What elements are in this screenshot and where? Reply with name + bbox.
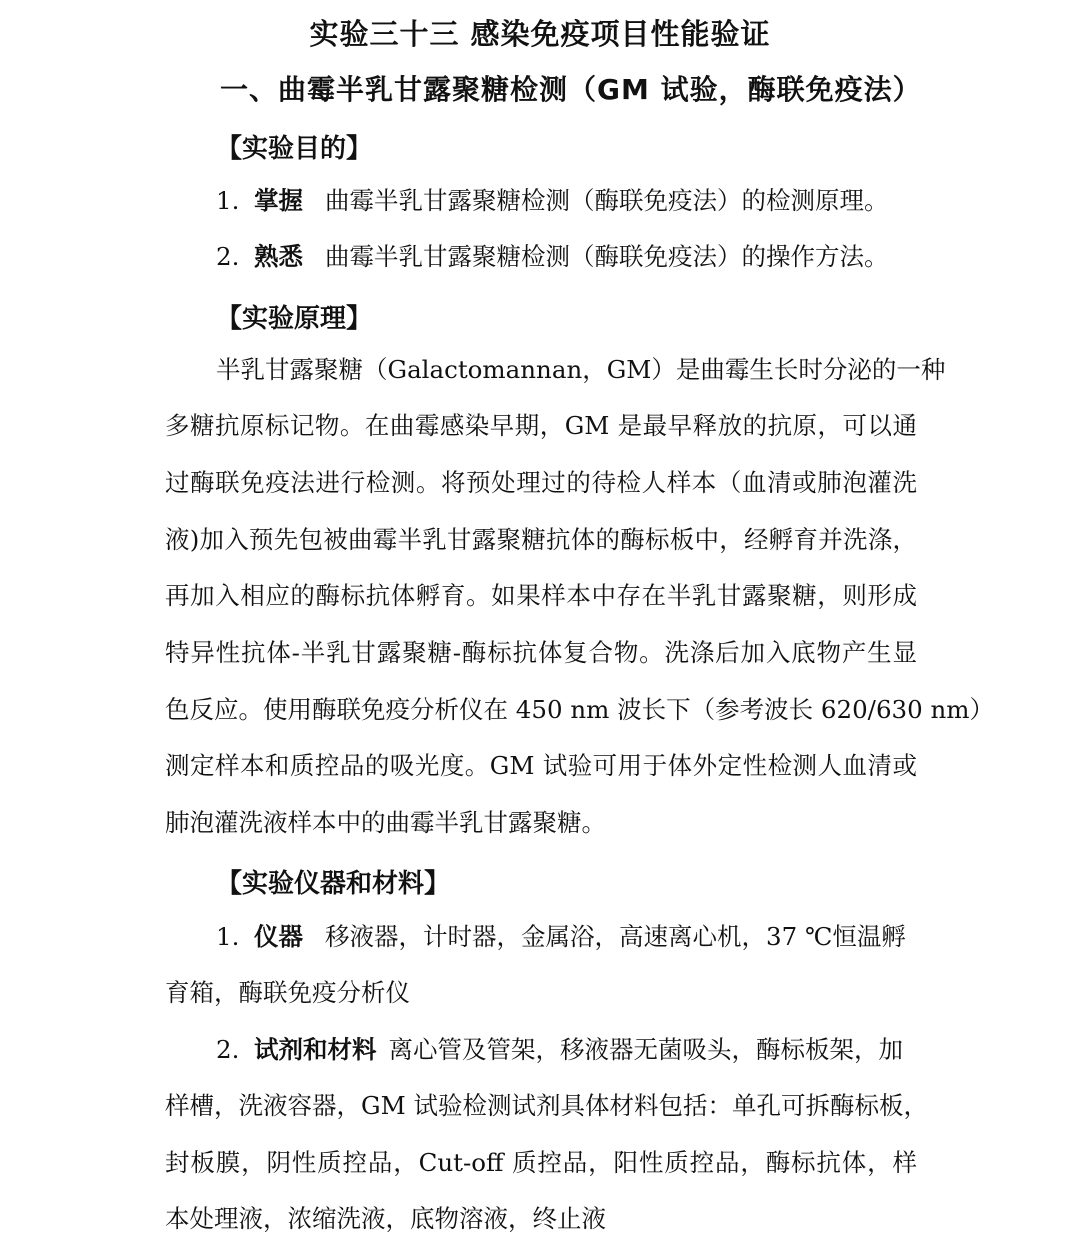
item-number: 2. [216,241,254,273]
item-number: 2. [216,1034,254,1066]
heading-principle: 【实验原理】 [216,298,372,335]
purpose-item-2: 2.熟悉曲霉半乳甘露聚糖检测（酶联免疫法）的操作方法。 [216,241,917,273]
materials-item-2-continuation: 样槽，洗液容器，GM 试验检测试剂具体材料包括：单孔可拆酶标板， [165,1090,917,1122]
item-keyword: 仪器 [254,922,303,951]
item-keyword: 试剂和材料 [254,1035,377,1064]
principle-line: 色反应。使用酶联免疫分析仪在 450 nm 波长下（参考波长 620/630 n… [165,694,917,726]
principle-line: 液)加入预先包被曲霉半乳甘露聚糖抗体的酶标板中，经孵育并洗涤， [165,524,917,556]
materials-item-2: 2.试剂和材料离心管及管架，移液器无菌吸头，酶标板架，加 [216,1034,917,1066]
item-text: 移液器，计时器，金属浴，高速离心机，37 ℃恒温孵 [325,922,906,951]
item-number: 1. [216,921,254,953]
heading-materials: 【实验仪器和材料】 [216,863,450,900]
principle-line: 肺泡灌洗液样本中的曲霉半乳甘露聚糖。 [165,807,917,839]
principle-line: 测定样本和质控品的吸光度。GM 试验可用于体外定性检测人血清或 [165,750,917,782]
purpose-item-1: 1.掌握曲霉半乳甘露聚糖检测（酶联免疫法）的检测原理。 [216,185,917,217]
document-title: 实验三十三 感染免疫项目性能验证 [0,12,1080,53]
principle-line: 过酶联免疫法进行检测。将预处理过的待检人样本（血清或肺泡灌洗 [165,467,917,499]
section-subtitle: 一、曲霉半乳甘露聚糖检测（GM 试验，酶联免疫法） [220,68,922,108]
principle-line: 再加入相应的酶标抗体孵育。如果样本中存在半乳甘露聚糖，则形成 [165,580,917,612]
item-text: 离心管及管架，移液器无菌吸头，酶标板架，加 [389,1035,904,1064]
principle-line: 多糖抗原标记物。在曲霉感染早期，GM 是最早释放的抗原，可以通 [165,410,917,442]
document-page: 实验三十三 感染免疫项目性能验证 一、曲霉半乳甘露聚糖检测（GM 试验，酶联免疫… [0,0,1080,1246]
item-keyword: 掌握 [254,186,303,215]
item-keyword: 熟悉 [254,242,303,271]
heading-purpose: 【实验目的】 [216,128,372,165]
item-text: 曲霉半乳甘露聚糖检测（酶联免疫法）的检测原理。 [325,186,889,215]
materials-item-1-continuation: 育箱，酶联免疫分析仪 [165,977,917,1009]
item-number: 1. [216,185,254,217]
principle-line: 半乳甘露聚糖（Galactomannan，GM）是曲霉生长时分泌的一种 [216,354,917,386]
principle-line: 特异性抗体-半乳甘露聚糖-酶标抗体复合物。洗涤后加入底物产生显 [165,637,917,669]
materials-item-1: 1.仪器移液器，计时器，金属浴，高速离心机，37 ℃恒温孵 [216,921,917,953]
materials-item-2-continuation: 本处理液，浓缩洗液，底物溶液，终止液 [165,1203,917,1235]
item-text: 曲霉半乳甘露聚糖检测（酶联免疫法）的操作方法。 [325,242,889,271]
materials-item-2-continuation: 封板膜，阴性质控品，Cut-off 质控品，阳性质控品，酶标抗体，样 [165,1147,917,1179]
